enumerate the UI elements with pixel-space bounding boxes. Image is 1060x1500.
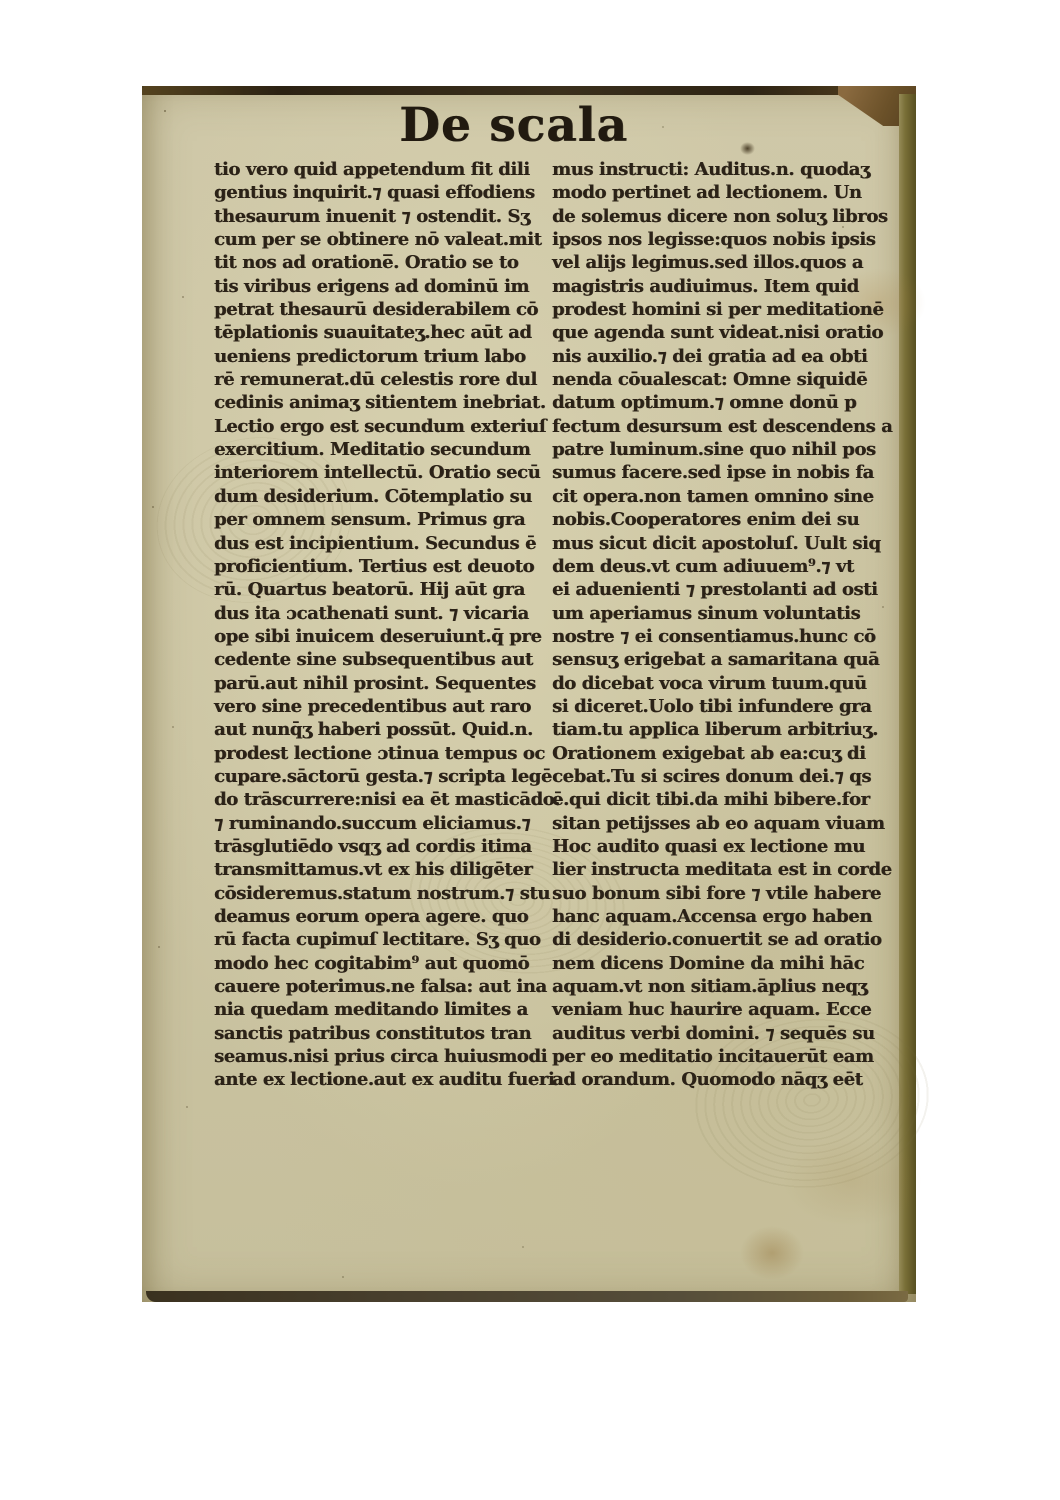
page-bottom-edge	[146, 1291, 908, 1302]
text-line: cōsideremus.statum nostrum.⁊ stu	[214, 882, 552, 905]
text-line: parū.aut nihil prosint. Sequentes	[214, 672, 552, 695]
text-line: di desiderio.conuertit se ad oratio	[552, 928, 890, 951]
text-line: trāsglutiēdo vsqʒ ad cordis itima	[214, 835, 552, 858]
text-line: tiam.tu applica liberum arbitriuʒ.	[552, 718, 890, 741]
text-line: vel alijs legimus.sed illos.quos a	[552, 251, 890, 274]
text-line: cedente sine subsequentibus aut	[214, 648, 552, 671]
book-fore-edge	[899, 94, 916, 1294]
text-line: do dicebat voca virum tuum.quū	[552, 672, 890, 695]
text-line: cebat.Tu si scires donum dei.⁊ qs	[552, 765, 890, 788]
text-line: nenda cōualescat: Omne siquidē	[552, 368, 890, 391]
text-line: nostre ⁊ ei consentiamus.hunc cō	[552, 625, 890, 648]
text-line: veniam huc haurire aquam. Ecce	[552, 998, 890, 1021]
text-line: nem dicens Domine da mihi hāc	[552, 952, 890, 975]
text-line: proficientium. Tertius est deuoto	[214, 555, 552, 578]
text-line: Hoc audito quasi ex lectione mu	[552, 835, 890, 858]
text-line: tit nos ad oratione̅. Oratio se to	[214, 251, 552, 274]
text-line: transmittamus.vt ex his diligēter	[214, 858, 552, 881]
text-line: dum desiderium. Cōtemplatio su	[214, 485, 552, 508]
page-header-title: De scala	[142, 98, 885, 153]
text-line: nia quedam meditando limites a	[214, 998, 552, 1021]
text-line: que agenda sunt videat.nisi oratio	[552, 321, 890, 344]
text-line: modo pertinet ad lectionem. Un	[552, 181, 890, 204]
text-line: vero sine precedentibus aut raro	[214, 695, 552, 718]
text-line: datum optimum.⁊ omne donū p	[552, 391, 890, 414]
text-line: ⁊ ruminando.succum eliciamus.⁊	[214, 812, 552, 835]
text-line: aut nunq̄ʒ haberi possūt. Quid.n.	[214, 718, 552, 741]
text-line: cupare.sāctorū gesta.⁊ scripta legē	[214, 765, 552, 788]
paper-specks	[142, 86, 144, 88]
text-line: interiorem intellectū. Oratio secū	[214, 461, 552, 484]
text-line: magistris audiuimus. Item quid	[552, 275, 890, 298]
text-line: exercitium. Meditatio secundum	[214, 438, 552, 461]
text-line: sensuʒ erigebat a samaritana quā	[552, 648, 890, 671]
text-line: patre luminum.sine quo nihil pos	[552, 438, 890, 461]
text-line: rū. Quartus beatorū. Hij aūt gra	[214, 578, 552, 601]
text-line: prodest lectione ɔtinua tempus oc	[214, 742, 552, 765]
text-line: tēplationis suauitateʒ.hec aūt ad	[214, 321, 552, 344]
text-line: um aperiamus sinum voluntatis	[552, 602, 890, 625]
text-line: dem deus.vt cum adiuuem⁹.⁊ vt	[552, 555, 890, 578]
text-line: hanc aquam.Accensa ergo haben	[552, 905, 890, 928]
text-line: dus ita ɔcathenati sunt. ⁊ vicaria	[214, 602, 552, 625]
text-line: ei aduenienti ⁊ prestolanti ad osti	[552, 578, 890, 601]
text-line: per omnem sensum. Primus gra	[214, 508, 552, 531]
stain	[740, 1226, 804, 1280]
text-line: de solemus dicere non soluʒ libros	[552, 205, 890, 228]
text-line: modo hec cogitabim⁹ aut quomō	[214, 952, 552, 975]
text-line: si diceret.Uolo tibi infundere gra	[552, 695, 890, 718]
text-line: Orationem exigebat ab ea:cuʒ di	[552, 742, 890, 765]
text-line: tis viribus erigens ad dominū im	[214, 275, 552, 298]
text-line: gentius inquirit.⁊ quasi effodiens	[214, 181, 552, 204]
text-line: seamus.nisi prius circa huiusmodi	[214, 1045, 552, 1068]
page-top-edge	[142, 86, 904, 95]
text-line: thesaurum inuenit ⁊ ostendit. Sʒ	[214, 205, 552, 228]
text-line: do trāscurrere:nisi ea ēt masticādo.	[214, 788, 552, 811]
text-line: prodest homini si per meditationē	[552, 298, 890, 321]
text-line: dus est incipientium. Secundus ē	[214, 532, 552, 555]
text-line: aquam.vt non sitiam.āplius neqʒ	[552, 975, 890, 998]
text-line: ante ex lectione.aut ex auditu fueri	[214, 1068, 552, 1091]
text-line: ad orandum. Quomodo nāqʒ eēt	[552, 1068, 890, 1091]
text-line: auditus verbi domini. ⁊ sequēs su	[552, 1022, 890, 1045]
text-line: mus sicut dicit apostoluſ. Uult siq	[552, 532, 890, 555]
text-column-left: tio vero quid appetendum fit diligentius…	[214, 158, 552, 1092]
text-line: rū facta cupimuſ lectitare. Sʒ quo	[214, 928, 552, 951]
text-line: rē remunerat.dū celestis rore dul	[214, 368, 552, 391]
scanned-page: De scala tio vero quid appetendum fit di…	[142, 86, 916, 1302]
text-line: cit opera.non tamen omnino sine	[552, 485, 890, 508]
text-line: tio vero quid appetendum fit dili	[214, 158, 552, 181]
text-line: cauere poterimus.ne falsa: aut ina	[214, 975, 552, 998]
text-line: nobis.Cooperatores enim dei su	[552, 508, 890, 531]
text-line: sanctis patribus constitutos tran	[214, 1022, 552, 1045]
text-column-right: mus instructi: Auditus.n. quodaʒmodo per…	[552, 158, 890, 1092]
text-line: mus instructi: Auditus.n. quodaʒ	[552, 158, 890, 181]
text-line: ipsos nos legisse:quos nobis ipsis	[552, 228, 890, 251]
text-line: petrat thesaurū desiderabilem cō	[214, 298, 552, 321]
text-line: cum per se obtinere nō valeat.mit	[214, 228, 552, 251]
text-line: sitan petijsses ab eo aquam viuam	[552, 812, 890, 835]
text-line: fectum desursum est descendens a	[552, 415, 890, 438]
text-line: lier instructa meditata est in corde	[552, 858, 890, 881]
text-line: sumus facere.sed ipse in nobis fa	[552, 461, 890, 484]
text-line: deamus eorum opera agere. quo	[214, 905, 552, 928]
text-line: cedinis animaʒ sitientem inebriat.	[214, 391, 552, 414]
text-line: ueniens predictorum trium labo	[214, 345, 552, 368]
text-line: Lectio ergo est secundum exteriuſ	[214, 415, 552, 438]
text-line: per eo meditatio incitauerūt eam	[552, 1045, 890, 1068]
text-line: suo bonum sibi fore ⁊ vtile habere	[552, 882, 890, 905]
text-line: nis auxilio.⁊ dei gratia ad ea obti	[552, 345, 890, 368]
text-line: ope sibi inuicem deseruiunt.q̄ pre	[214, 625, 552, 648]
text-line: ē.qui dicit tibi.da mihi bibere.for	[552, 788, 890, 811]
